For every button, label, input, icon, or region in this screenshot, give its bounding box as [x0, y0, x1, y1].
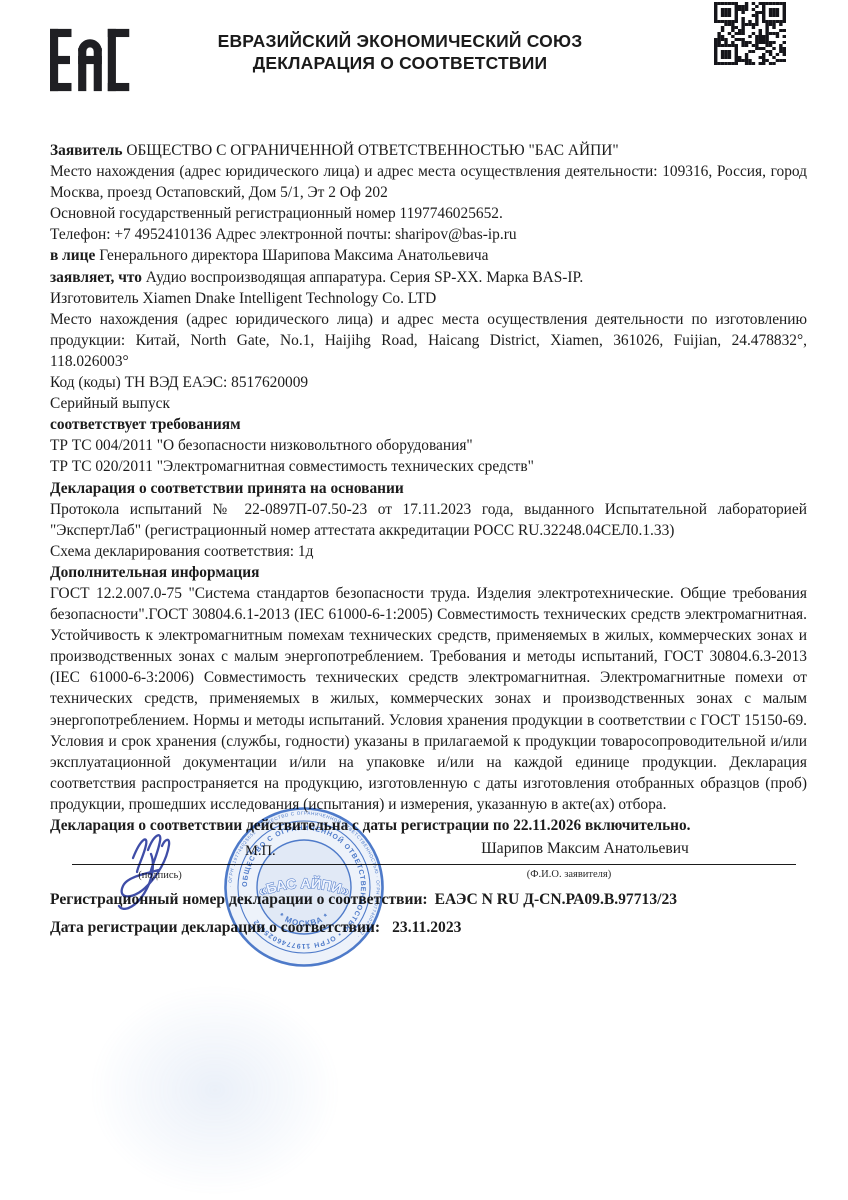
name-caption: (Ф.И.О. заявителя) [488, 869, 650, 880]
paragraph: Протокола испытаний № 22-0897П-07.50-23 … [50, 499, 807, 541]
document-title: ЕВРАЗИЙСКИЙ ЭКОНОМИЧЕСКИЙ СОЮЗ ДЕКЛАРАЦИ… [0, 30, 800, 74]
ghost-stamp-impression [90, 985, 340, 1195]
paragraph: Декларация о соответствии принята на осн… [50, 478, 807, 499]
declaration-body: Заявитель ОБЩЕСТВО С ОГРАНИЧЕННОЙ ОТВЕТС… [50, 140, 807, 815]
paragraph: ТР ТС 020/2011 "Электромагнитная совмест… [50, 456, 807, 477]
paragraph: в лице Генерального директора Шарипова М… [50, 245, 807, 266]
paragraph: заявляет, что Аудио воспроизводящая аппа… [50, 267, 807, 288]
declaration-document: ЕВРАЗИЙСКИЙ ЭКОНОМИЧЕСКИЙ СОЮЗ ДЕКЛАРАЦИ… [0, 0, 848, 1200]
company-stamp: · ОГРН 1197746025652 · ОБЩЕСТВО С ОГРАНИ… [222, 805, 386, 969]
paragraph: Серийный выпуск [50, 393, 807, 414]
paragraph: Место нахождения (адрес юридического лиц… [50, 309, 807, 372]
signee-name: Шарипов Максим Анатольевич [450, 840, 720, 858]
paragraph: Заявитель ОБЩЕСТВО С ОГРАНИЧЕННОЙ ОТВЕТС… [50, 140, 807, 161]
paragraph: Основной государственный регистрационный… [50, 203, 807, 224]
paragraph: Дополнительная информация [50, 562, 807, 583]
paragraph: Изготовитель Xiamen Dnake Intelligent Te… [50, 288, 807, 309]
paragraph: Телефон: +7 4952410136 Адрес электронной… [50, 224, 807, 245]
registration-date-value: 23.11.2023 [392, 919, 461, 936]
paragraph: ТР ТС 004/2011 "О безопасности низковоль… [50, 435, 807, 456]
paragraph: Код (коды) ТН ВЭД ЕАЭС: 8517620009 [50, 372, 807, 393]
qr-code [714, 2, 786, 65]
signature-scribble [103, 824, 221, 916]
registration-number-value: ЕАЭС N RU Д-CN.РА09.В.97713/23 [435, 891, 677, 908]
paragraph: Схема декларирования соответствия: 1д [50, 541, 807, 562]
title-line-declaration: ДЕКЛАРАЦИЯ О СООТВЕТСТВИИ [0, 52, 800, 74]
paragraph: ГОСТ 12.2.007.0-75 "Система стандартов б… [50, 583, 807, 815]
title-line-union: ЕВРАЗИЙСКИЙ ЭКОНОМИЧЕСКИЙ СОЮЗ [0, 30, 800, 52]
paragraph: соответствует требованиям [50, 414, 807, 435]
paragraph: Место нахождения (адрес юридического лиц… [50, 161, 807, 203]
